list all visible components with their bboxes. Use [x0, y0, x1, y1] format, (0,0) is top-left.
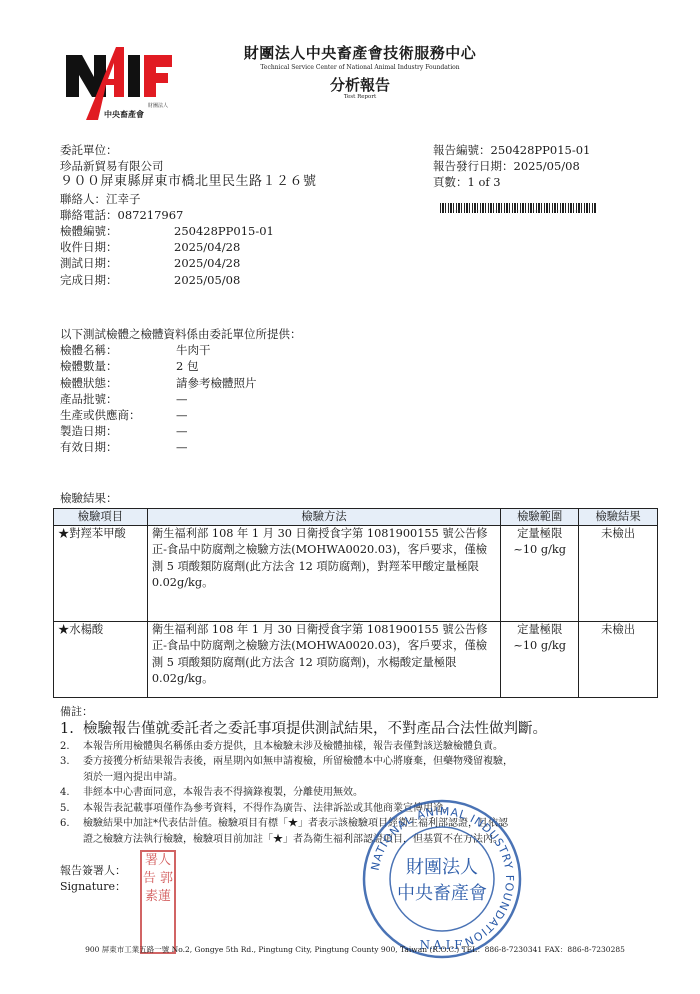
- report-no-label: 報告編號：: [433, 142, 491, 158]
- field-label: 測試日期：: [60, 255, 174, 271]
- field-label: 產品批號：: [60, 391, 176, 407]
- table-header: 檢驗項目 檢驗方法 檢驗範圍 檢驗結果: [54, 509, 658, 526]
- test-item: ★水楊酸: [54, 622, 148, 698]
- sample-id: 250428PP015-01: [174, 223, 274, 239]
- field-label: 有效日期：: [60, 439, 176, 455]
- footer-address: 900 屏東市工業五路一號 No.2, Gongye 5th Rd., Ping…: [75, 944, 635, 955]
- logo-subtitle: 中央畜產會: [104, 109, 144, 120]
- completion-date: 2025/05/08: [174, 272, 240, 288]
- field-label: 檢體狀態：: [60, 375, 176, 391]
- note-continuation: 須於一週內提出申請。: [60, 770, 547, 786]
- test-date: 2025/04/28: [174, 255, 240, 271]
- sample-intro: 以下測試檢體之檢體資料係由委託單位所提供：: [60, 326, 302, 342]
- field-label: 生產或供應商：: [60, 407, 176, 423]
- field-label: 收件日期：: [60, 239, 174, 255]
- client-address: ９００屏東縣屏東市橋北里民生路１２６號: [60, 174, 317, 190]
- field-label: 製造日期：: [60, 423, 176, 439]
- table-row: ★對羥苯甲酸 衛生福利部 108 年 1 月 30 日衛授食字第 1081900…: [54, 526, 658, 622]
- barcode: [440, 203, 596, 213]
- test-result: 未檢出: [579, 622, 658, 698]
- field-label: 檢體名稱：: [60, 342, 176, 358]
- manufacturer: —: [176, 407, 188, 423]
- personal-seal: 署人 告 郭素蓮: [140, 850, 176, 954]
- signer-label-en: Signature：: [60, 879, 126, 895]
- svg-text:財團法人: 財團法人: [406, 857, 478, 878]
- results-table: 檢驗項目 檢驗方法 檢驗範圍 檢驗結果 ★對羥苯甲酸 衛生福利部 108 年 1…: [53, 508, 658, 698]
- client-label: 委託單位：: [60, 142, 118, 158]
- contact-label: 聯絡人：: [60, 191, 106, 207]
- org-title: 財團法人中央畜產會技術服務中心: [175, 42, 545, 63]
- note-item: 2.本報告所用檢體與名稱係由委方提供，且本檢驗未涉及檢體抽樣，報告表僅對該送驗檢…: [60, 739, 547, 755]
- phone-value: 087217967: [118, 207, 184, 223]
- pages-label: 頁數：: [433, 174, 468, 190]
- note-item: 1.檢驗報告僅就委託者之委託事項提供測試結果，不對產品合法性做判斷。: [60, 720, 547, 739]
- header-item: 檢驗項目: [54, 509, 148, 526]
- issue-date-label: 報告發行日期：: [433, 158, 514, 174]
- field-label: 檢體數量：: [60, 358, 176, 374]
- contact-name: 江幸子: [106, 191, 141, 207]
- signature-block: 報告簽署人： Signature：: [60, 863, 126, 895]
- naif-logo: 財團法人 中央畜產會: [64, 45, 174, 125]
- sample-block: 以下測試檢體之檢體資料係由委託單位所提供： 檢體名稱：牛肉干 檢體數量：2 包 …: [60, 326, 302, 456]
- sample-quantity: 2 包: [176, 358, 198, 374]
- test-result: 未檢出: [579, 526, 658, 622]
- report-info: 報告編號：250428PP015-01 報告發行日期：2025/05/08 頁數…: [433, 142, 590, 191]
- header-result: 檢驗結果: [579, 509, 658, 526]
- field-label: 完成日期：: [60, 272, 174, 288]
- svg-text:中央畜產會: 中央畜產會: [397, 883, 487, 904]
- report-no: 250428PP015-01: [491, 142, 591, 158]
- test-range: 定量極限 ~10 g/kg: [501, 622, 579, 698]
- org-title-en: Technical Service Center of National Ani…: [175, 64, 545, 71]
- header-method: 檢驗方法: [147, 509, 500, 526]
- expiry-date: —: [176, 439, 188, 455]
- received-date: 2025/04/28: [174, 239, 240, 255]
- test-method: 衛生福利部 108 年 1 月 30 日衛授食字第 1081900155 號公告…: [147, 622, 500, 698]
- issue-date: 2025/05/08: [514, 158, 580, 174]
- sample-status: 請參考檢體照片: [176, 375, 257, 391]
- svg-text:財團法人: 財團法人: [148, 102, 168, 109]
- report-title: 分析報告: [175, 74, 545, 95]
- manufacture-date: —: [176, 423, 188, 439]
- client-company: 珍品新貿易有限公司: [60, 158, 164, 174]
- batch-no: —: [176, 391, 188, 407]
- test-item: ★對羥苯甲酸: [54, 526, 148, 622]
- test-method: 衛生福利部 108 年 1 月 30 日衛授食字第 1081900155 號公告…: [147, 526, 500, 622]
- client-block: 委託單位： 珍品新貿易有限公司 ９００屏東縣屏東市橋北里民生路１２６號 聯絡人：…: [60, 142, 317, 288]
- test-range: 定量極限 ~10 g/kg: [501, 526, 579, 622]
- report-title-en: Test Report: [175, 94, 545, 100]
- table-row: ★水楊酸 衛生福利部 108 年 1 月 30 日衛授食字第 108190015…: [54, 622, 658, 698]
- phone-label: 聯絡電話：: [60, 207, 118, 223]
- notes-label: 備註：: [60, 704, 547, 720]
- field-label: 檢體編號：: [60, 223, 174, 239]
- signer-label-zh: 報告簽署人：: [60, 863, 126, 879]
- results-label: 檢驗結果：: [60, 490, 118, 506]
- header-range: 檢驗範圍: [501, 509, 579, 526]
- official-seal: NATIONAL ANIMAL INDUSTRY FOUNDATION 財團法人…: [362, 797, 522, 962]
- sample-name: 牛肉干: [176, 342, 211, 358]
- pages: 1 of 3: [468, 174, 501, 190]
- note-item: 3.委方接獲分析結果報告表後，兩星期內如無申請複檢，所留檢體本中心將廢棄，但藥物…: [60, 754, 547, 770]
